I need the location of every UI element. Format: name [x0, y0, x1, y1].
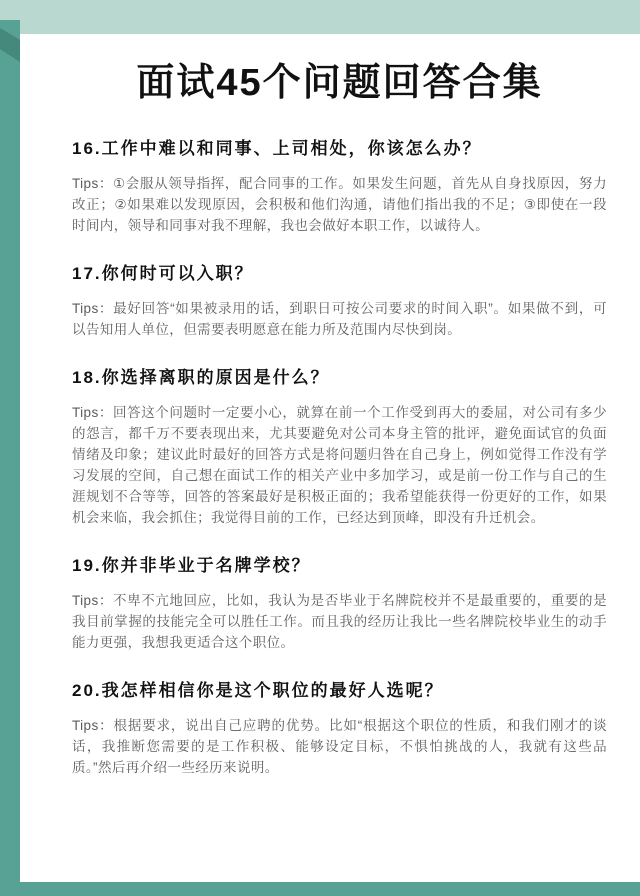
bottom-border-band	[0, 882, 640, 896]
qa-section-20: 20.我怎样相信你是这个职位的最好人选呢？ Tips：根据要求，说出自己应聘的优…	[72, 680, 607, 778]
tips-paragraph-20: Tips：根据要求，说出自己应聘的优势。比如“根据这个职位的性质，和我们刚才的谈…	[72, 715, 607, 778]
question-heading-19: 19.你并非毕业于名牌学校？	[72, 555, 607, 577]
tips-paragraph-19: Tips：不卑不亢地回应，比如，我认为是否毕业于名牌院校并不是最重要的，重要的是…	[72, 590, 607, 653]
question-heading-16: 16.工作中难以和同事、上司相处，你该怎么办？	[72, 138, 607, 160]
top-border-band	[0, 0, 640, 34]
qa-section-19: 19.你并非毕业于名牌学校？ Tips：不卑不亢地回应，比如，我认为是否毕业于名…	[72, 555, 607, 653]
tips-paragraph-16: Tips：①会服从领导指挥，配合同事的工作。如果发生问题，首先从自身找原因，努力…	[72, 173, 607, 236]
qa-section-16: 16.工作中难以和同事、上司相处，你该怎么办？ Tips：①会服从领导指挥，配合…	[72, 138, 607, 236]
tips-paragraph-18: Tips：回答这个问题时一定要小心，就算在前一个工作受到再大的委屈，对公司有多少…	[72, 402, 607, 528]
left-border-strip	[0, 20, 20, 896]
document-page: 面试45个问题回答合集 16.工作中难以和同事、上司相处，你该怎么办？ Tips…	[0, 0, 640, 896]
content-sheet: 面试45个问题回答合集 16.工作中难以和同事、上司相处，你该怎么办？ Tips…	[20, 34, 640, 882]
question-heading-20: 20.我怎样相信你是这个职位的最好人选呢？	[72, 680, 607, 702]
qa-section-18: 18.你选择离职的原因是什么？ Tips：回答这个问题时一定要小心，就算在前一个…	[72, 367, 607, 528]
question-heading-18: 18.你选择离职的原因是什么？	[72, 367, 607, 389]
tips-paragraph-17: Tips：最好回答“如果被录用的话，到职日可按公司要求的时间入职”。如果做不到，…	[72, 298, 607, 340]
question-heading-17: 17.你何时可以入职？	[72, 263, 607, 285]
page-title: 面试45个问题回答合集	[72, 60, 607, 108]
qa-section-17: 17.你何时可以入职？ Tips：最好回答“如果被录用的话，到职日可按公司要求的…	[72, 263, 607, 340]
